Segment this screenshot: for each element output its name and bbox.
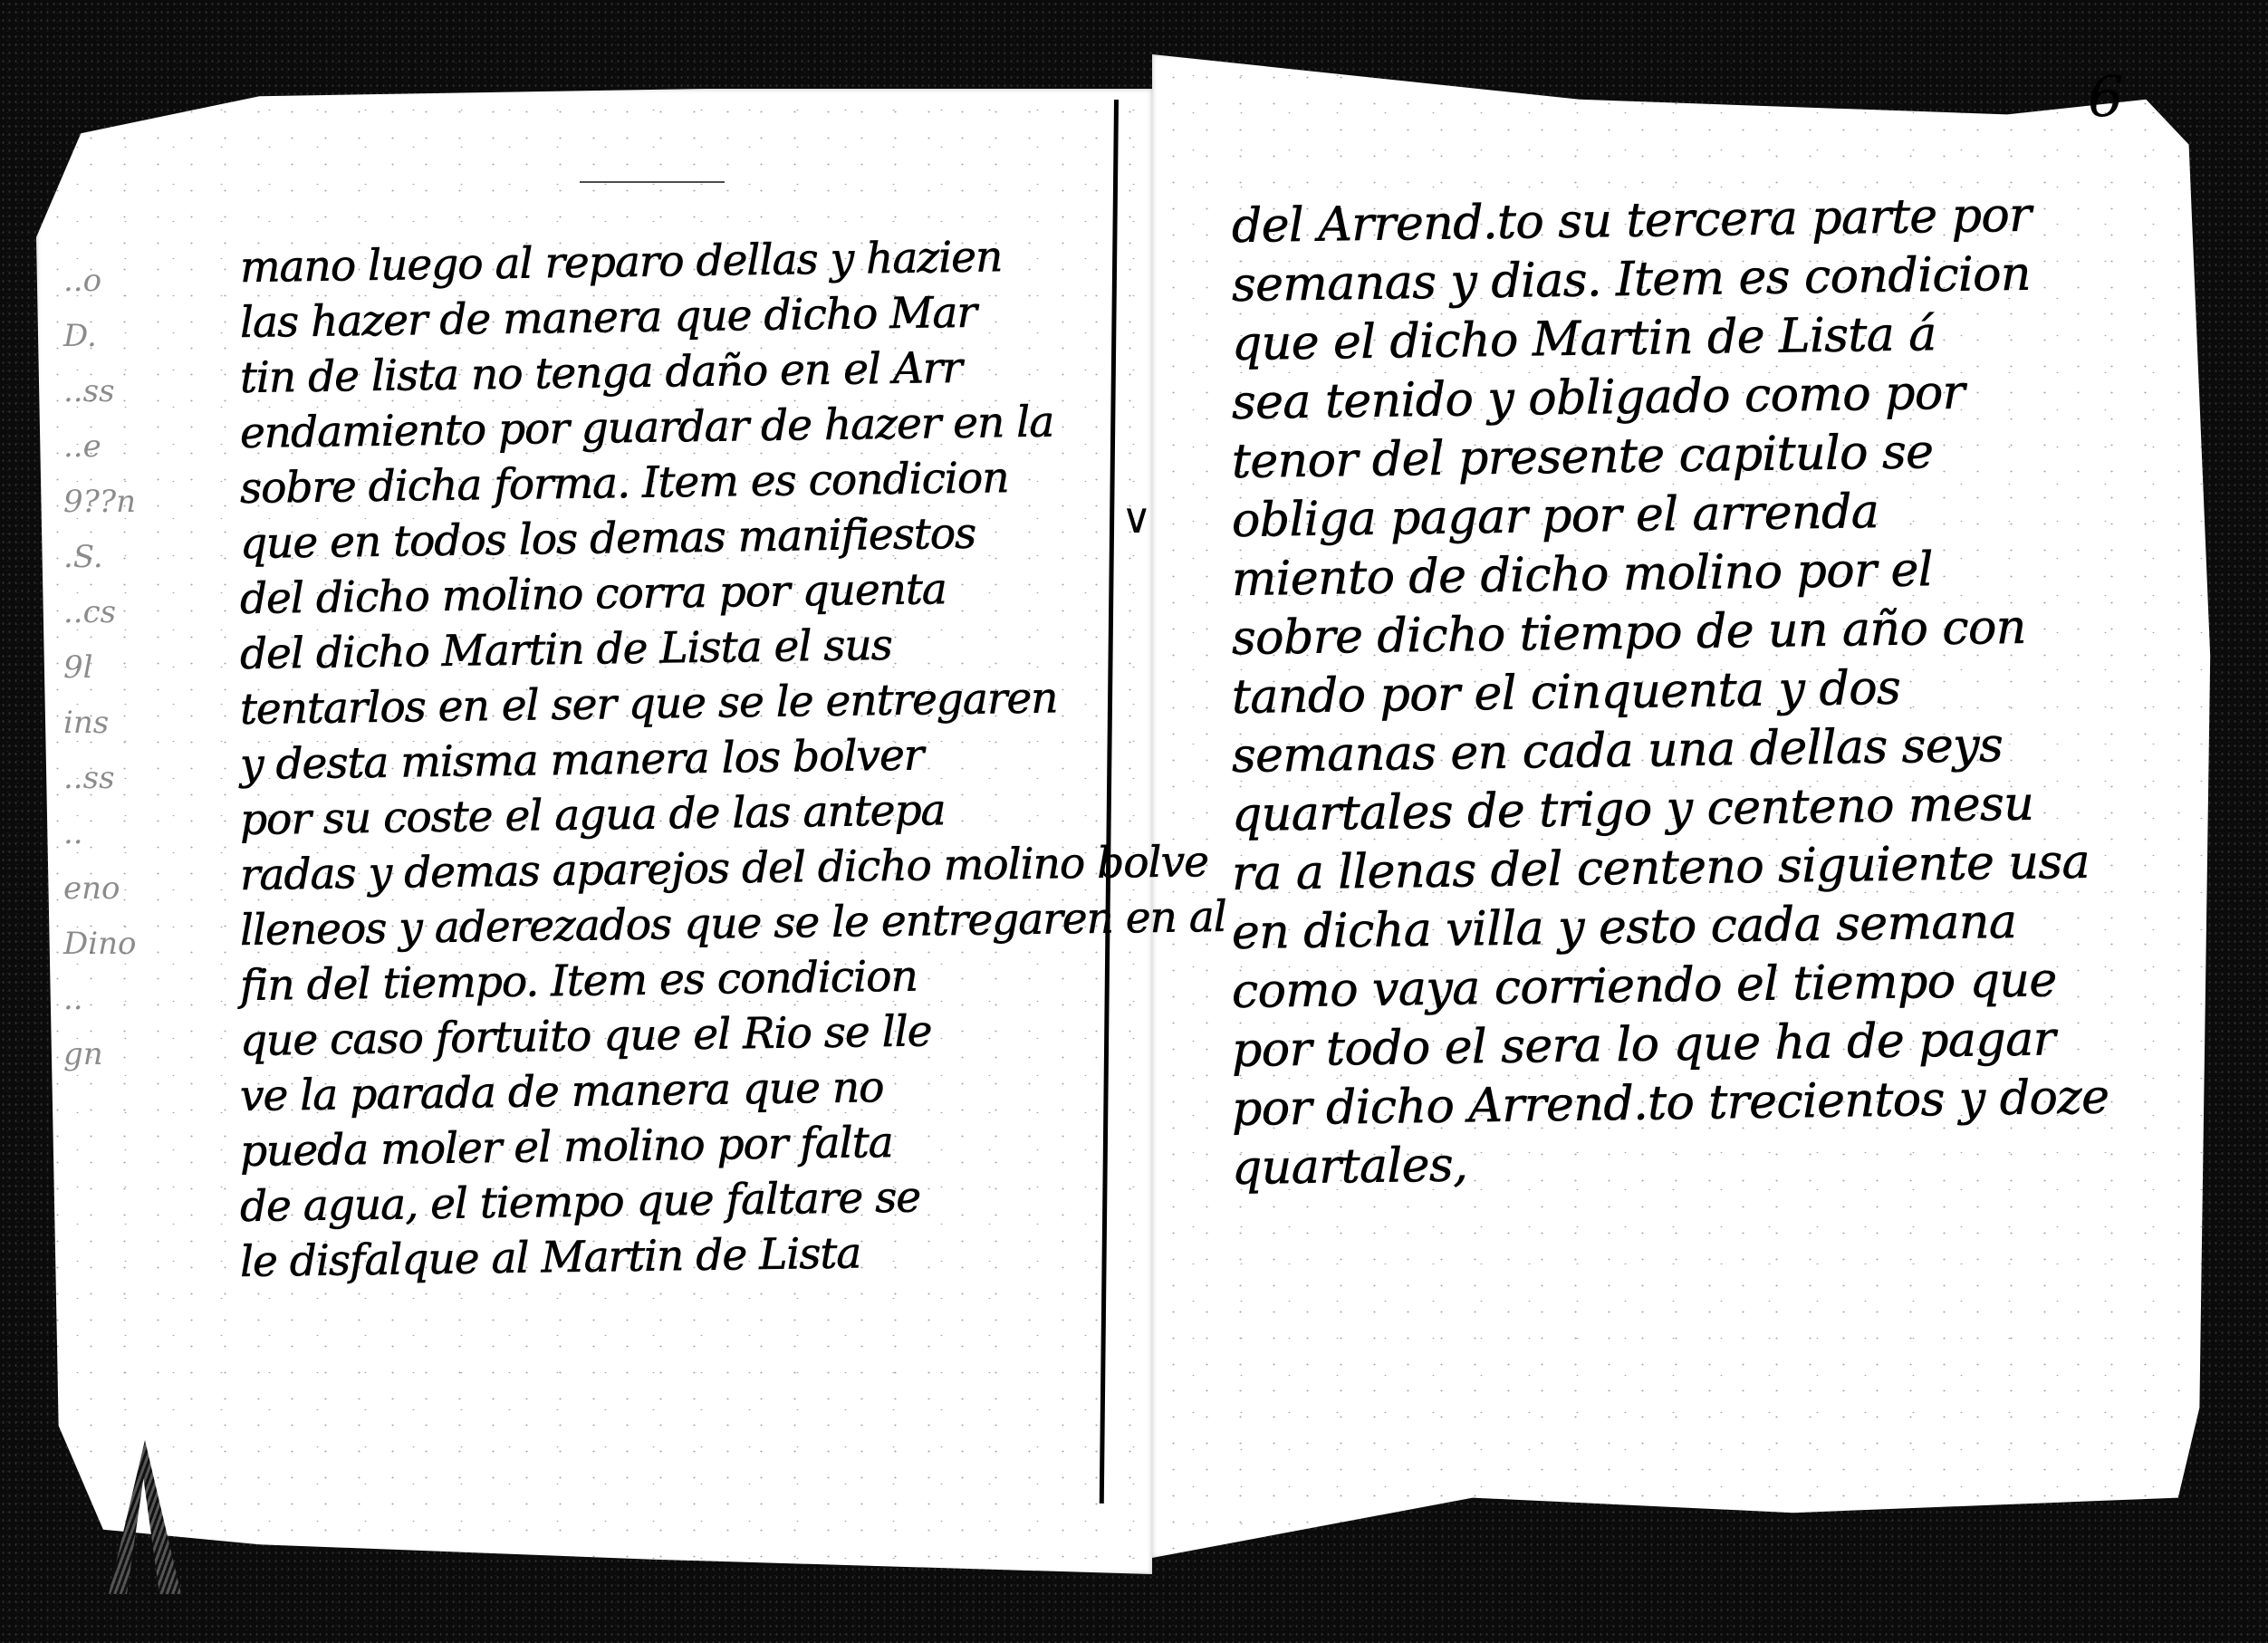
folio-number: 6 (2088, 63, 2123, 130)
right-page-text: del Arrend.to su tercera parte por seman… (1232, 197, 2228, 1198)
header-rule (580, 181, 725, 183)
manuscript-spread: ∨ 6 ..o D. ..ss ..e 9??n .S. ..cs 9l ins… (0, 0, 2268, 1643)
left-page-text: mano luego al reparo dellas y hazien las… (240, 240, 1146, 1290)
text-line: le disfalque al Martin de Lista (240, 1222, 1147, 1290)
bleed-through-text: ..o D. ..ss ..e 9??n .S. ..cs 9l ins ..s… (63, 254, 226, 1082)
text-line: quartales, (1232, 1126, 2229, 1198)
